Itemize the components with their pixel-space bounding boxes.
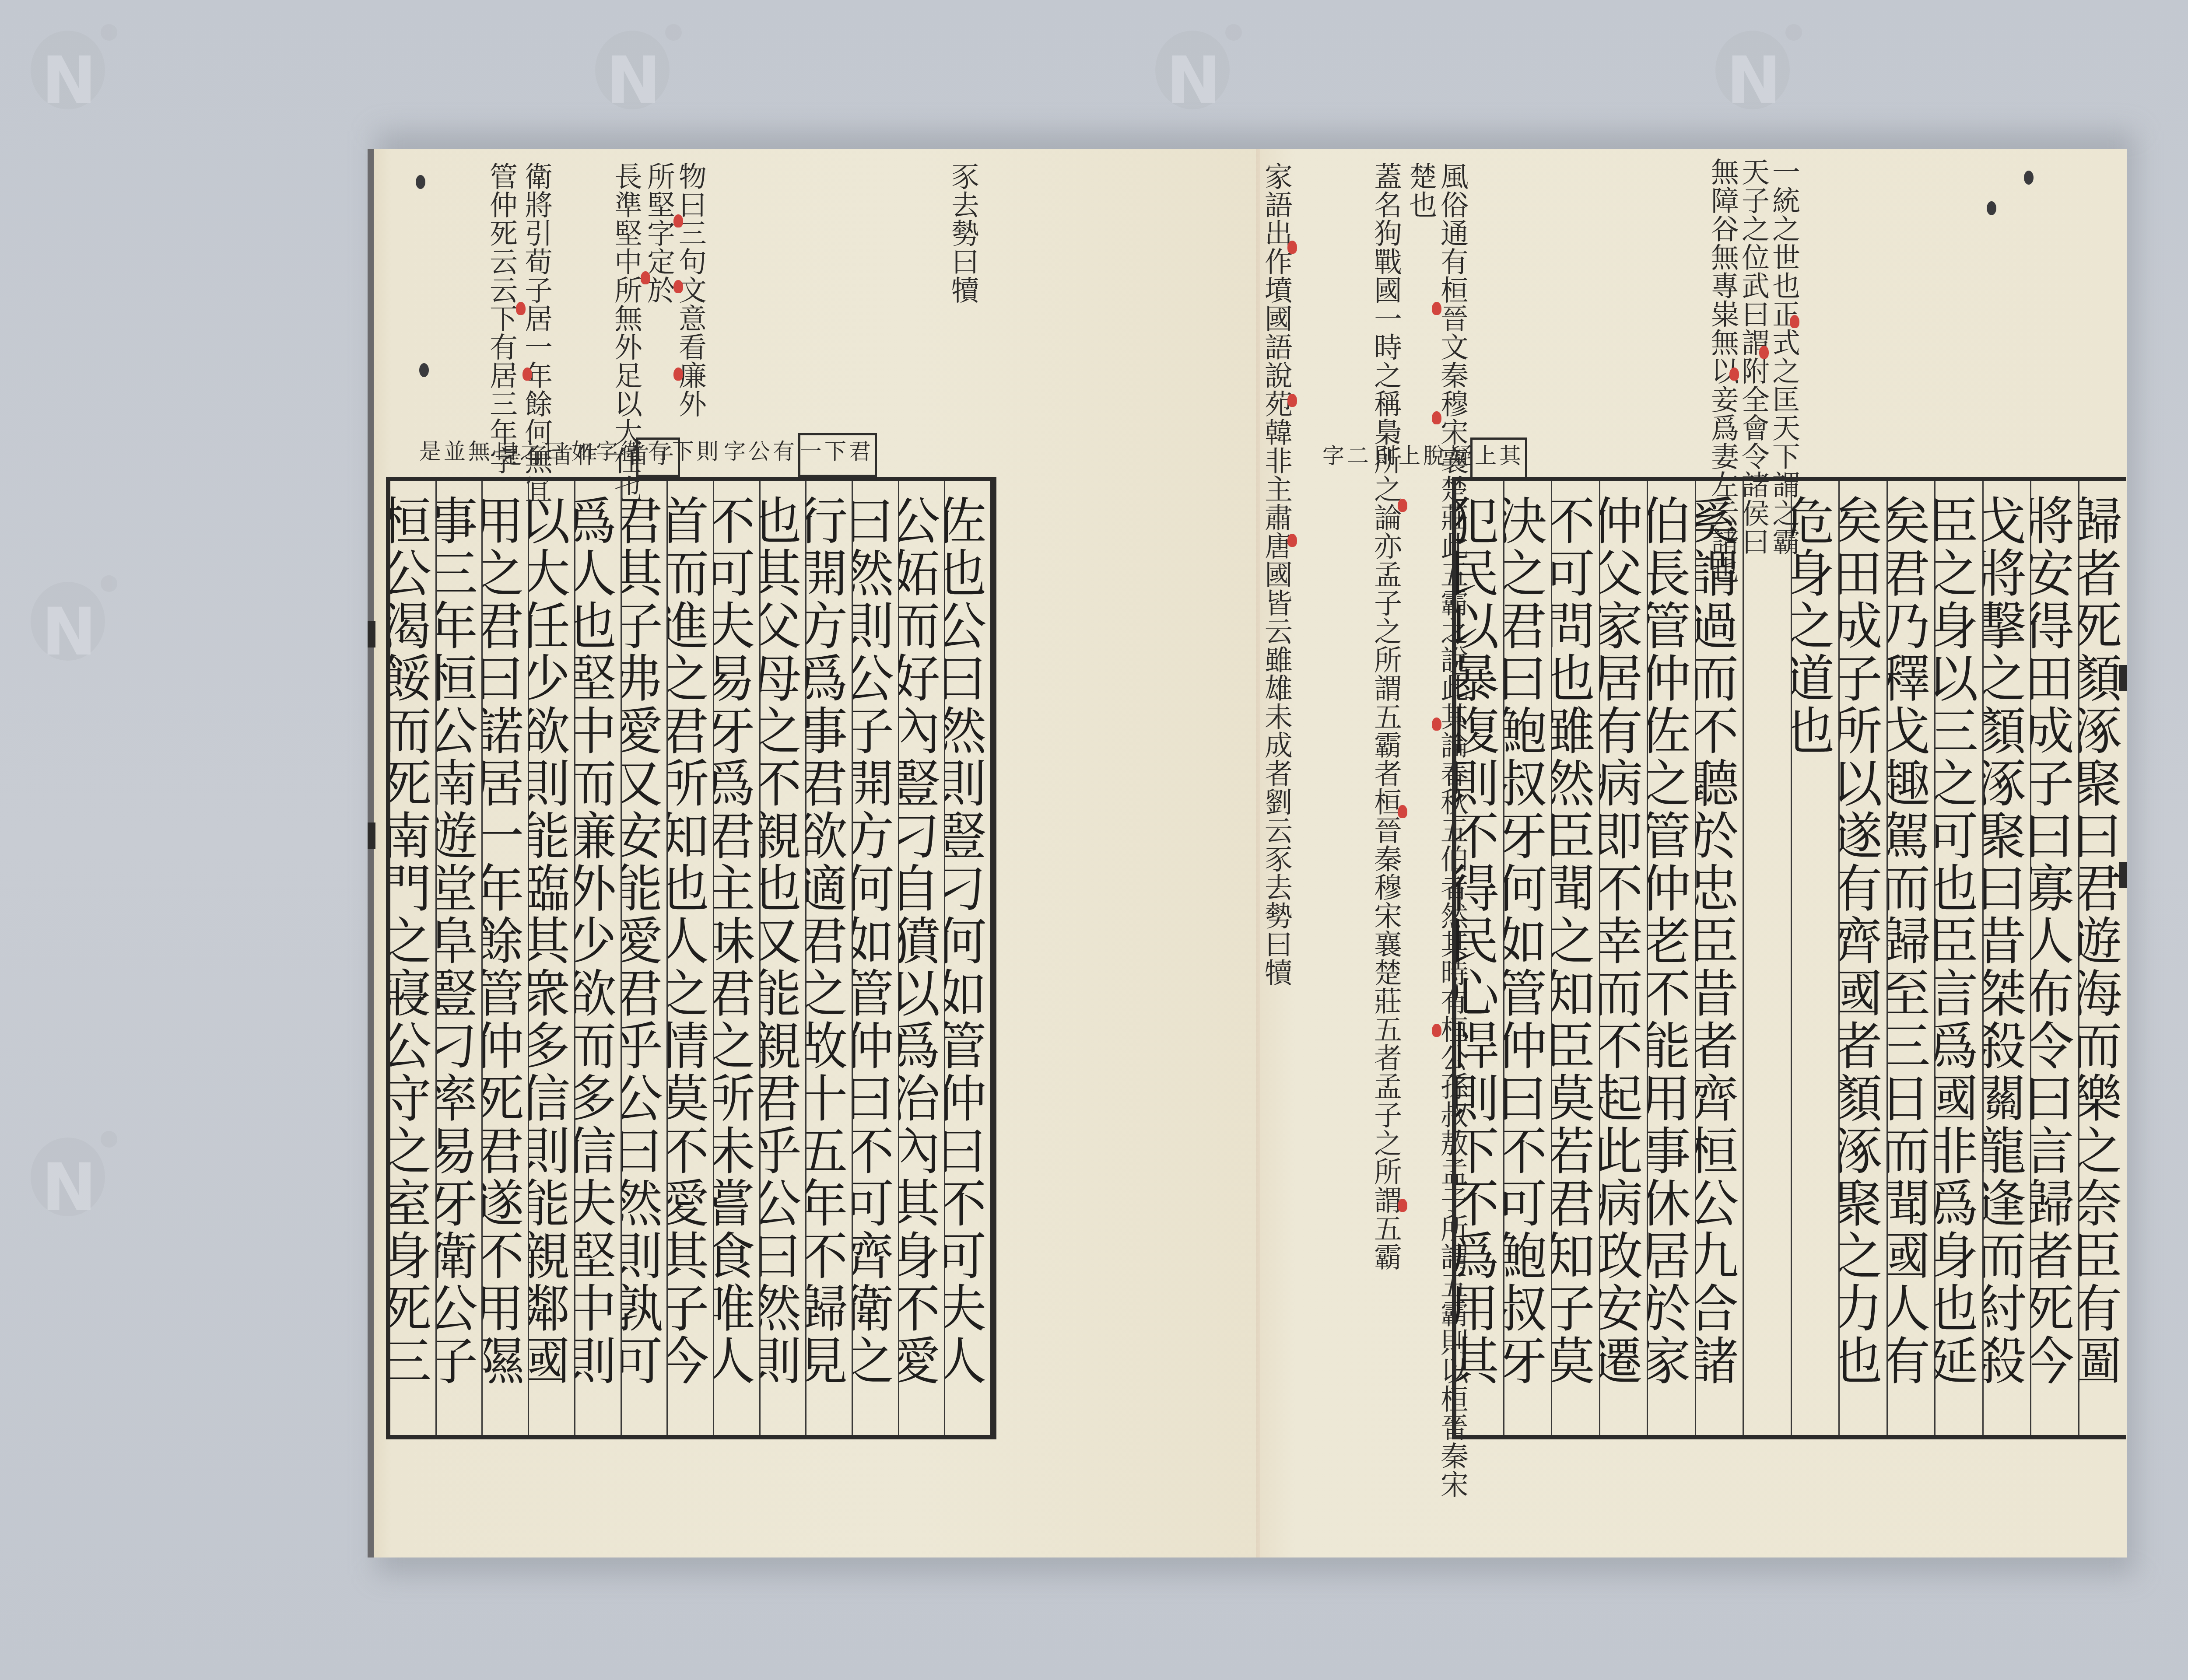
text-column: 桓公渴餒而死南門之寢公守之室身死三月不收蟲出于戶 xyxy=(390,481,435,1435)
text-column: 臣之身以三之可也臣言爲國非爲身也延頸而前曰君擊之 xyxy=(1934,481,1982,1435)
red-punctuation xyxy=(1398,499,1407,512)
text-column: 將安得田成子曰寡人布令曰言歸者死今子犯寡人之令援 xyxy=(2030,481,2078,1435)
red-punctuation xyxy=(1398,805,1407,818)
red-punctuation xyxy=(1432,411,1441,424)
red-punctuation xyxy=(522,367,532,381)
watermark-logo: N xyxy=(18,1120,118,1221)
red-punctuation xyxy=(1432,302,1441,315)
text-column: 爲人也堅中而廉外少欲而多信夫堅中則足以爲表廉外則可 xyxy=(574,481,621,1435)
binding-hole xyxy=(416,175,425,189)
red-punctuation xyxy=(1729,367,1739,381)
text-column: 不可問也雖然臣聞之知臣莫若君知子莫若父君其試以心 xyxy=(1551,481,1599,1435)
red-punctuation xyxy=(673,367,683,381)
text-column: 矣君乃釋戈趣駕而歸至三日而聞國人有謀不內田成子者 xyxy=(1886,481,1935,1435)
text-column: 伯長管仲佐之管仲老不能用事休居於家桓公從而問之曰 xyxy=(1647,481,1695,1435)
margin-annotation: 物曰三句文意看廉外所堅字定於 xyxy=(643,162,706,442)
margin-annotation: 家語出作墳國語說苑韓非主肅唐國皆云雖雄未成者劉云豕去勢曰犢 xyxy=(1260,162,1292,987)
text-column: 用之君曰諾居一年餘管仲死君遂不用隰朋而與豎刁蒞 xyxy=(481,481,528,1435)
left-page: 管仲死云云下有居三年字 衛將引荀子居一年餘何無冝 長準堅中所無外足以大任也 物曰… xyxy=(368,149,1266,1557)
text-column: 危身之道也 xyxy=(1791,481,1839,1435)
text-column: 戈將擊之顏涿聚曰昔桀殺關龍逢而紂殺王子比干今君雖殺 xyxy=(1982,481,2030,1435)
text-column: 行開方爲事君欲適君之故十五年不歸見其父母此非人情 xyxy=(805,481,852,1435)
watermark-logo: N xyxy=(1142,13,1243,114)
book-spread: 管仲死云云下有居三年字 衛將引荀子居一年餘何無冝 長準堅中所無外足以大任也 物曰… xyxy=(368,149,2127,1557)
text-column: 首而進之君所知也人之情莫不愛其子今蒸其子以爲膳於 xyxy=(666,481,713,1435)
collation-note-box: 君下一 有公字 則下有 衛字如 曰之曰 無並是 xyxy=(798,433,877,477)
red-punctuation xyxy=(1759,346,1769,359)
red-punctuation xyxy=(1790,315,1799,328)
red-punctuation xyxy=(1287,241,1297,254)
text-column: 矣田成子所以遂有齊國者顏涿聚之力也故曰離內遠遊則 xyxy=(1838,481,1886,1435)
red-punctuation xyxy=(1432,717,1441,731)
text-frame-right: 歸者死顏涿聚曰君遊海而樂之奈臣有圖國者何君雖樂之 將安得田成子曰寡人布令曰言歸者… xyxy=(1452,477,2126,1439)
text-column: 也其父母之不親也又能親君乎公曰然則易牙何如管仲曰 xyxy=(759,481,806,1435)
text-column: 不可夫易牙爲君主味君之所未嘗食唯人肉耳易牙蒸其子 xyxy=(713,481,759,1435)
binding-hole xyxy=(2024,171,2034,185)
red-punctuation xyxy=(1398,1199,1407,1212)
binding-hole xyxy=(419,363,429,377)
text-column: 仲父家居有病即不幸而不起此病政安遷之管仲曰臣老矣 xyxy=(1599,481,1647,1435)
text-column: 歸者死顏涿聚曰君遊海而樂之奈臣有圖國者何君雖樂之 xyxy=(2078,481,2126,1435)
text-frame-left: 佐也公曰然則豎刁何如管仲曰不可夫人之情莫不愛其身 公妬而好內豎刁自獖以爲治內其身… xyxy=(386,477,996,1439)
margin-annotation: 管仲死云云下有居三年字 xyxy=(485,162,517,475)
watermark-logo: N xyxy=(1702,13,1803,114)
page-edge-tab xyxy=(368,822,375,849)
collation-note-box: 其上疑 脫上則 二字 xyxy=(1470,437,1527,481)
text-column: 決之君曰鮑叔牙何如管仲曰不可鮑叔牙爲人剛愎而上悍剛則 xyxy=(1503,481,1551,1435)
text-column: 以大任少欲則能臨其衆多信則能親鄰國此霸者之佐也君其 xyxy=(528,481,574,1435)
red-punctuation xyxy=(641,271,650,284)
text-column: 公妬而好內豎刁自獖以爲治內其身不愛又安能愛君 xyxy=(898,481,944,1435)
text-column: 事三年桓公南遊堂阜豎刁率易牙衛公子開方及大臣爲亂 xyxy=(435,481,482,1435)
binding-hole xyxy=(1987,201,1996,215)
text-column: 犯民以暴愎則不得民心悍則下不爲用其心不懼非霸者之 xyxy=(1456,481,1503,1435)
right-page: 家語出作墳國語說苑韓非主肅唐國皆云雖雄未成者劉云豕去勢曰犢 風俗通有桓晉文秦穆宋… xyxy=(1260,149,2127,1557)
page-edge-tab xyxy=(368,621,375,647)
red-punctuation xyxy=(516,302,526,315)
margin-annotation: 蓋名狗戰國一時之稱梟所之論亦孟子之所謂五霸者桓晉秦穆宋襄楚莊五者孟子之所謂五霸 xyxy=(1370,162,1401,1509)
watermark-logo: N xyxy=(582,13,683,114)
text-column xyxy=(1743,481,1791,1435)
red-punctuation xyxy=(1287,394,1297,407)
red-punctuation xyxy=(1287,534,1297,547)
page-edge-tab xyxy=(2119,862,2127,888)
watermark-logo: N xyxy=(18,564,118,665)
red-punctuation xyxy=(1432,1024,1441,1037)
watermark-logo: N xyxy=(18,13,118,114)
page-edge-tab xyxy=(2119,665,2127,691)
margin-annotation: 豕去勢曰犢 xyxy=(947,162,978,304)
text-column: 佐也公曰然則豎刁何如管仲曰不可夫人之情莫不愛其身 xyxy=(944,481,990,1435)
text-column: 曰然則公子開方何如管仲曰不可齊衛之間不過十日之 xyxy=(852,481,898,1435)
text-column: 奚謂過而不聽於忠臣昔者齊桓公九合諸侯一匡天下爲五 xyxy=(1695,481,1743,1435)
red-punctuation xyxy=(673,214,683,227)
red-punctuation xyxy=(673,280,683,293)
text-column: 君其子弗愛又安能愛君乎公曰然則孰可管仲曰隰朋可其 xyxy=(621,481,667,1435)
